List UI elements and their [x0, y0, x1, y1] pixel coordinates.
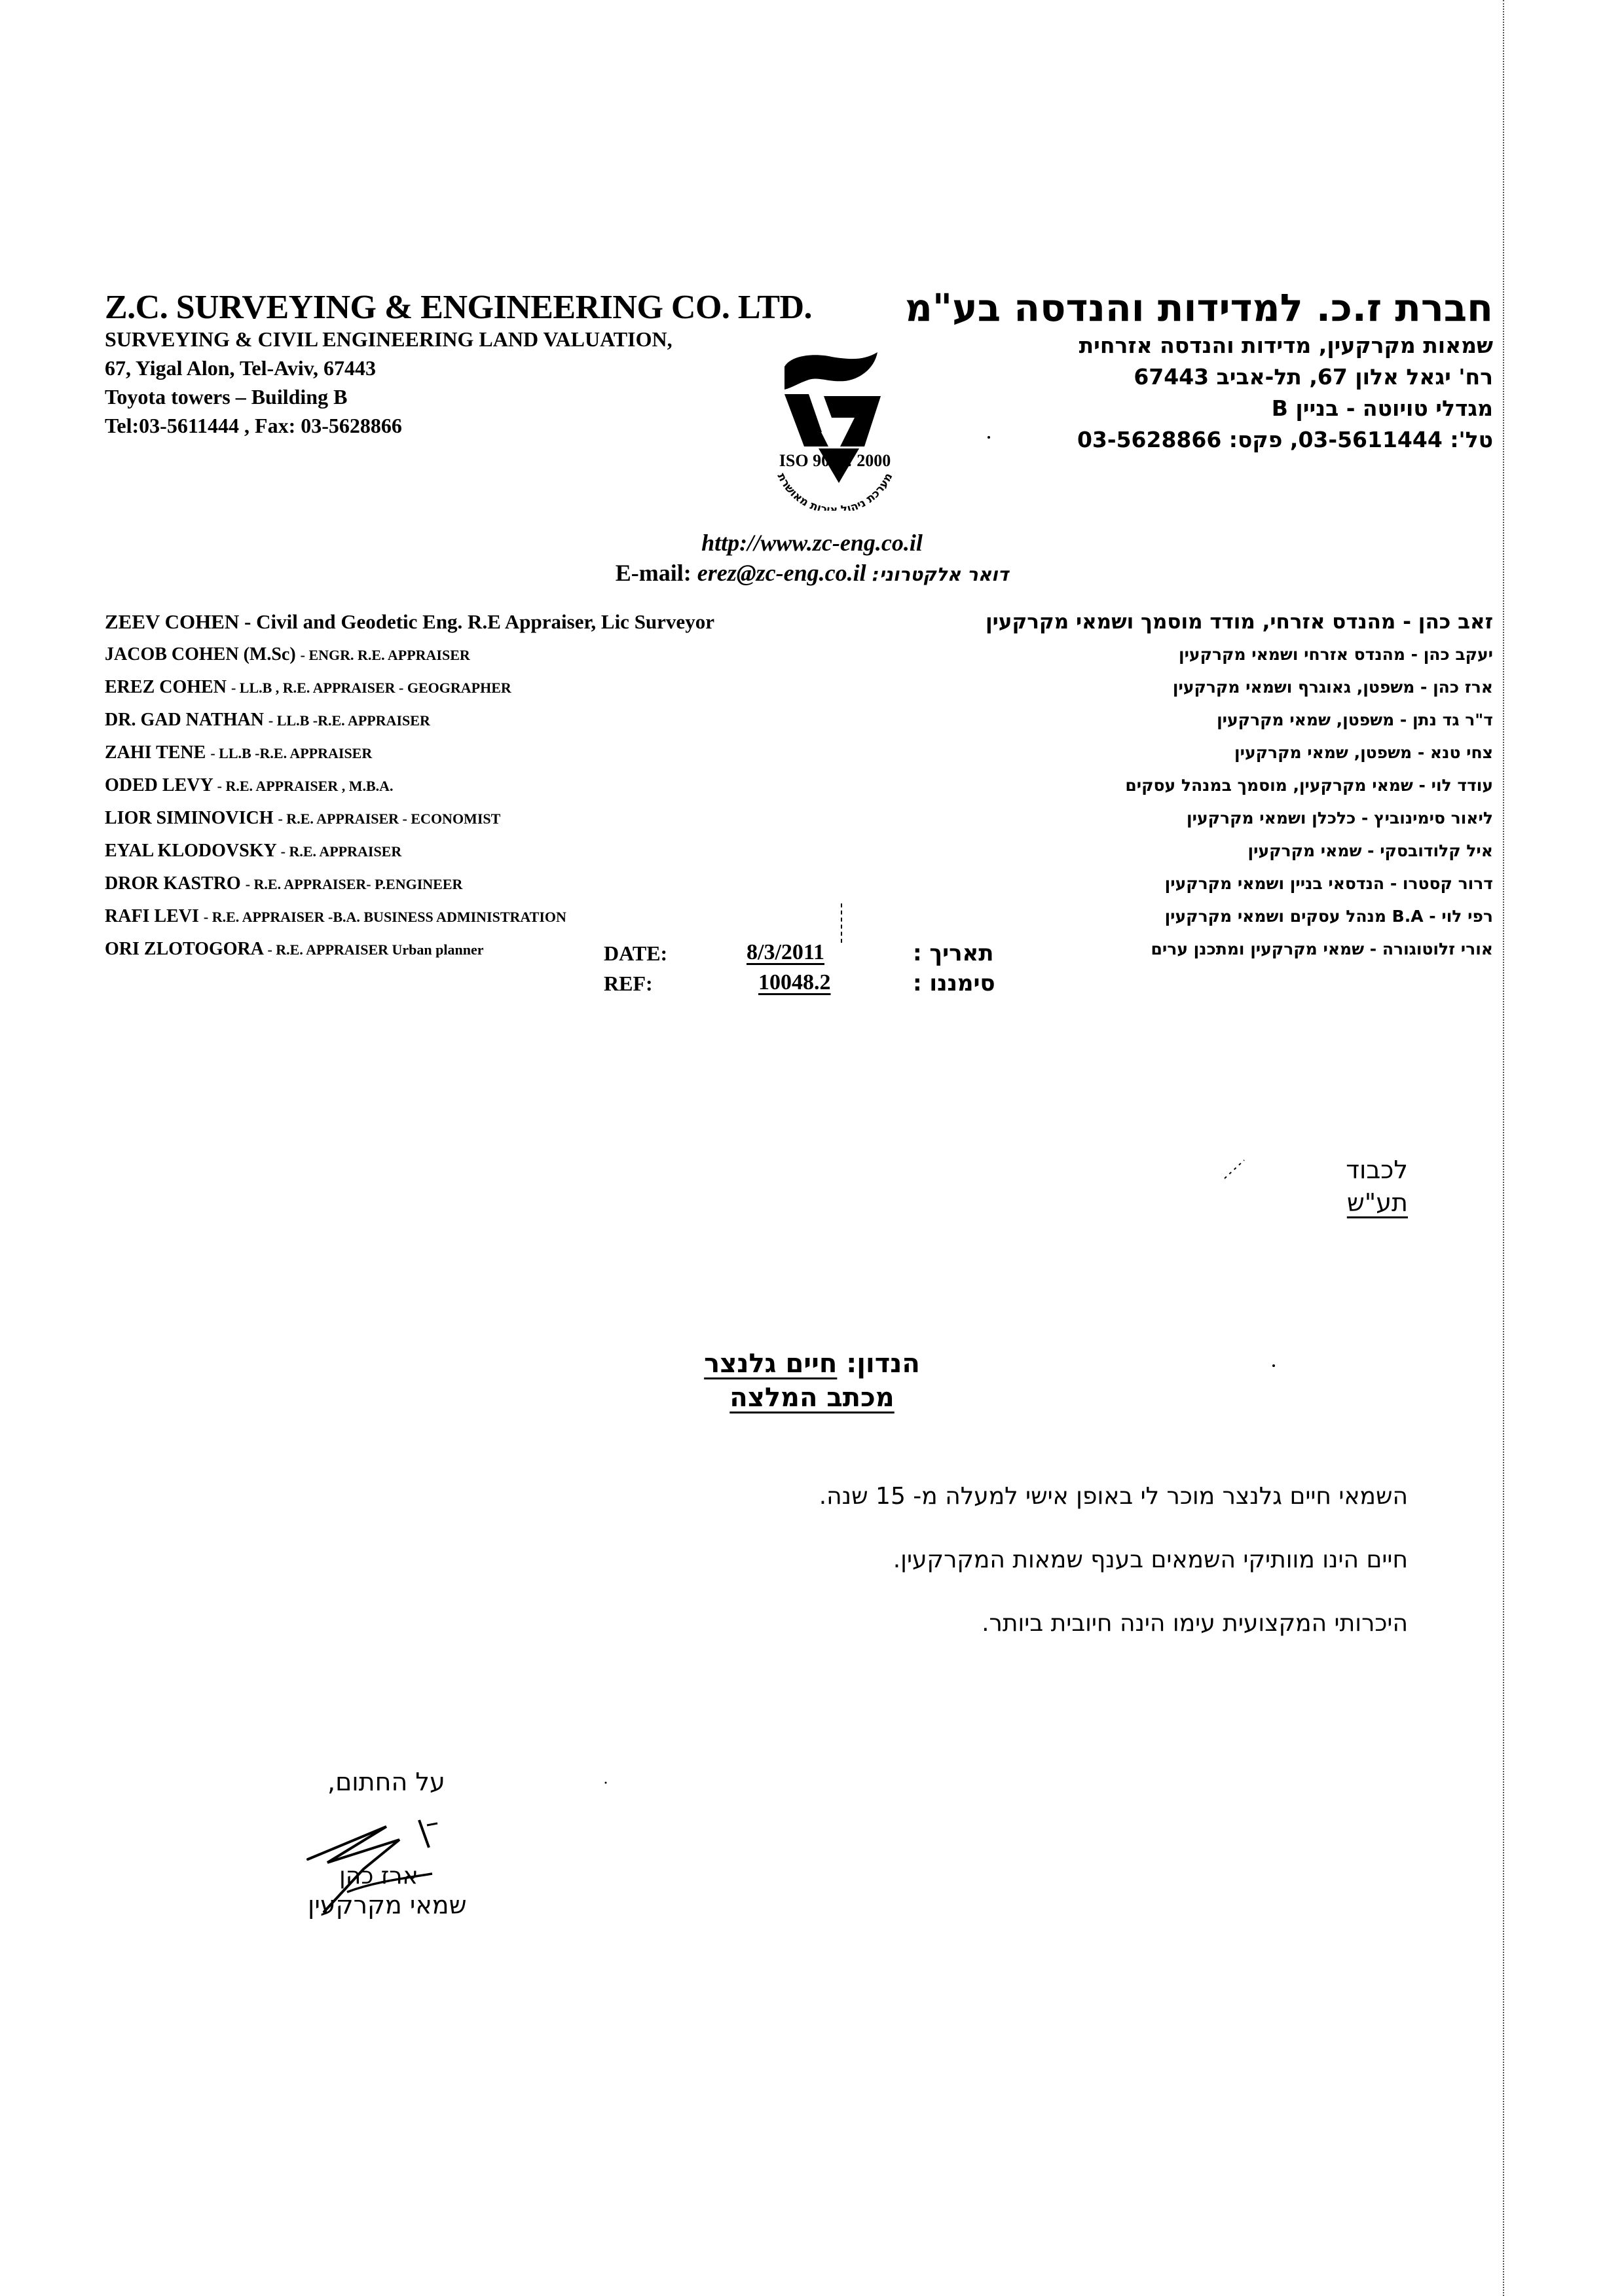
staff-row-en: RAFI LEVI - R.E. APPRAISER -B.A. BUSINES… [105, 900, 714, 933]
body-paragraph-2: חיים הינו מוותיקי השמאים בענף שמאות המקר… [893, 1546, 1408, 1573]
staff-role: - LL.B -R.E. APPRAISER [268, 712, 430, 729]
staff-name: ODED LEVY [105, 775, 213, 795]
staff-role: - R.E. APPRAISER -B.A. BUSINESS ADMINIST… [204, 909, 566, 925]
staff-row-he: רפי לוי - B.A מנהל עסקים ושמאי מקרקעין [986, 900, 1493, 933]
staff-row-en: LIOR SIMINOVICH - R.E. APPRAISER - ECONO… [105, 802, 714, 835]
staff-role: - Civil and Geodetic Eng. R.E Appraiser,… [244, 610, 714, 633]
date-label: DATE: [604, 941, 667, 966]
staff-role: - R.E. APPRAISER Urban planner [267, 941, 483, 958]
staff-name: ORI ZLOTOGORA [105, 939, 263, 959]
company-address-en: 67, Yigal Alon, Tel-Aviv, 67443 [105, 356, 376, 380]
email-label: E-mail: [616, 560, 692, 586]
staff-list-he: זאב כהן - מהנדס אזרחי, מודד מוסמך ושמאי … [986, 606, 1493, 966]
staff-row-en: DR. GAD NATHAN - LL.B -R.E. APPRAISER [105, 704, 714, 737]
staff-name: EREZ COHEN [105, 677, 227, 697]
staff-role: - LL.B , R.E. APPRAISER - GEOGRAPHER [231, 680, 511, 696]
staff-role: - ENGR. R.E. APPRAISER [301, 647, 470, 663]
svg-text:מערכת ניהול איכות מאושרת: מערכת ניהול איכות מאושרת [775, 471, 896, 511]
staff-name: JACOB COHEN (M.Sc) [105, 644, 296, 665]
staff-row-en: DROR KASTRO - R.E. APPRAISER- P.ENGINEER [105, 867, 714, 900]
company-name-he: חברת ז.כ. למדידות והנדסה בע"מ [905, 285, 1493, 330]
signatory-name: ארז כהן [339, 1863, 418, 1889]
body-paragraph-1: השמאי חיים גלנצר מוכר לי באופן אישי למעל… [819, 1483, 1408, 1510]
company-name-en: Z.C. SURVEYING & ENGINEERING CO. LTD. [105, 288, 812, 327]
staff-role: - R.E. APPRAISER , M.B.A. [217, 778, 394, 794]
staff-name: ZAHI TENE [105, 742, 206, 763]
email-label-he: :דואר אלקטרוני [872, 564, 1009, 585]
staff-name: DR. GAD NATHAN [105, 710, 264, 730]
signature-closing: על החתום, [327, 1768, 445, 1796]
staff-row-he: עודד לוי - שמאי מקרקעין, מוסמך במנהל עסק… [986, 769, 1493, 802]
staff-row-he: אורי זלוטוגורה - שמאי מקרקעין ומתכנן ערי… [986, 933, 1493, 966]
addressee-name: תע"ש [1347, 1188, 1408, 1217]
subject-line: הנדון: חיים גלנצר [0, 1349, 1624, 1379]
company-phone-he: טל': 03-5611444, פקס: 03-5628866 [1077, 427, 1493, 452]
ref-value: 10048.2 [758, 970, 831, 995]
staff-row-he: ליאור סימינוביץ - כלכלן ושמאי מקרקעין [986, 802, 1493, 835]
addressee-salutation: לכבוד [1346, 1156, 1408, 1184]
signatory-title: שמאי מקרקעין [308, 1891, 467, 1920]
staff-name: EYAL KLODOVSKY [105, 841, 276, 861]
company-building-he: מגדלי טויוטה - בניין B [1272, 395, 1493, 421]
staff-role: - LL.B -R.E. APPRAISER [210, 745, 372, 761]
date-value: 8/3/2011 [747, 940, 824, 965]
staff-role: - R.E. APPRAISER [281, 843, 402, 860]
staff-row-he: איל קלודובסקי - שמאי מקרקעין [986, 835, 1493, 867]
staff-name: RAFI LEVI [105, 906, 199, 926]
staff-row-en: ZEEV COHEN - Civil and Geodetic Eng. R.E… [105, 606, 714, 638]
ref-label: REF: [604, 972, 653, 996]
company-subtitle-he: שמאות מקרקעין, מדידות והנדסה אזרחית [1079, 333, 1493, 358]
website-link[interactable]: http://www.zc-eng.co.il [0, 529, 1624, 556]
scan-margin-line [1503, 0, 1504, 2296]
staff-row-en: JACOB COHEN (M.Sc) - ENGR. R.E. APPRAISE… [105, 638, 714, 671]
staff-row-en: EYAL KLODOVSKY - R.E. APPRAISER [105, 835, 714, 867]
staff-row-en: ODED LEVY - R.E. APPRAISER , M.B.A. [105, 769, 714, 802]
subject-name: חיים גלנצר [704, 1349, 837, 1379]
email-line: E-mail: erez@zc-eng.co.il :דואר אלקטרוני [0, 559, 1624, 587]
email-link[interactable]: erez@zc-eng.co.il [697, 560, 866, 586]
company-subtitle-en: SURVEYING & CIVIL ENGINEERING LAND VALUA… [105, 327, 673, 352]
staff-name: DROR KASTRO [105, 873, 241, 894]
staff-list-en: ZEEV COHEN - Civil and Geodetic Eng. R.E… [105, 606, 714, 966]
staff-role: - R.E. APPRAISER- P.ENGINEER [246, 876, 463, 892]
subject-label: הנדון: [846, 1349, 920, 1379]
iso-certification-logo-icon: ISO 9001: 2000 מערכת ניהול איכות מאושרת [747, 340, 923, 511]
staff-row-en: ZAHI TENE - LL.B -R.E. APPRAISER [105, 737, 714, 769]
staff-name: LIOR SIMINOVICH [105, 808, 273, 828]
body-paragraph-3: היכרותי המקצועית עימו הינה חיובית ביותר. [982, 1610, 1408, 1637]
staff-row-en: EREZ COHEN - LL.B , R.E. APPRAISER - GEO… [105, 671, 714, 704]
staff-role: - R.E. APPRAISER - ECONOMIST [278, 811, 500, 827]
date-label-he: תאריך : [913, 940, 994, 966]
company-phone-en: Tel:03-5611444 , Fax: 03-5628866 [105, 414, 402, 438]
fold-mark [841, 903, 843, 943]
company-building-en: Toyota towers – Building B [105, 385, 347, 409]
staff-row-he: יעקב כהן - מהנדס אזרחי ושמאי מקרקעין [986, 638, 1493, 671]
staff-name: ZEEV COHEN [105, 610, 239, 633]
company-address-he: רח' יגאל אלון 67, תל-אביב 67443 [1134, 364, 1493, 390]
ref-label-he: סימננו : [913, 970, 995, 996]
staff-row-he: דרור קסטרו - הנדסאי בניין ושמאי מקרקעין [986, 867, 1493, 900]
staff-row-he: ד"ר גד נתן - משפטן, שמאי מקרקעין [986, 704, 1493, 737]
staff-row-he: צחי טנא - משפטן, שמאי מקרקעין [986, 737, 1493, 769]
staff-row-he: ארז כהן - משפטן, גאוגרף ושמאי מקרקעין [986, 671, 1493, 704]
staff-row-he: זאב כהן - מהנדס אזרחי, מודד מוסמך ושמאי … [986, 606, 1493, 638]
letter-title: מכתב המלצה [0, 1383, 1624, 1413]
